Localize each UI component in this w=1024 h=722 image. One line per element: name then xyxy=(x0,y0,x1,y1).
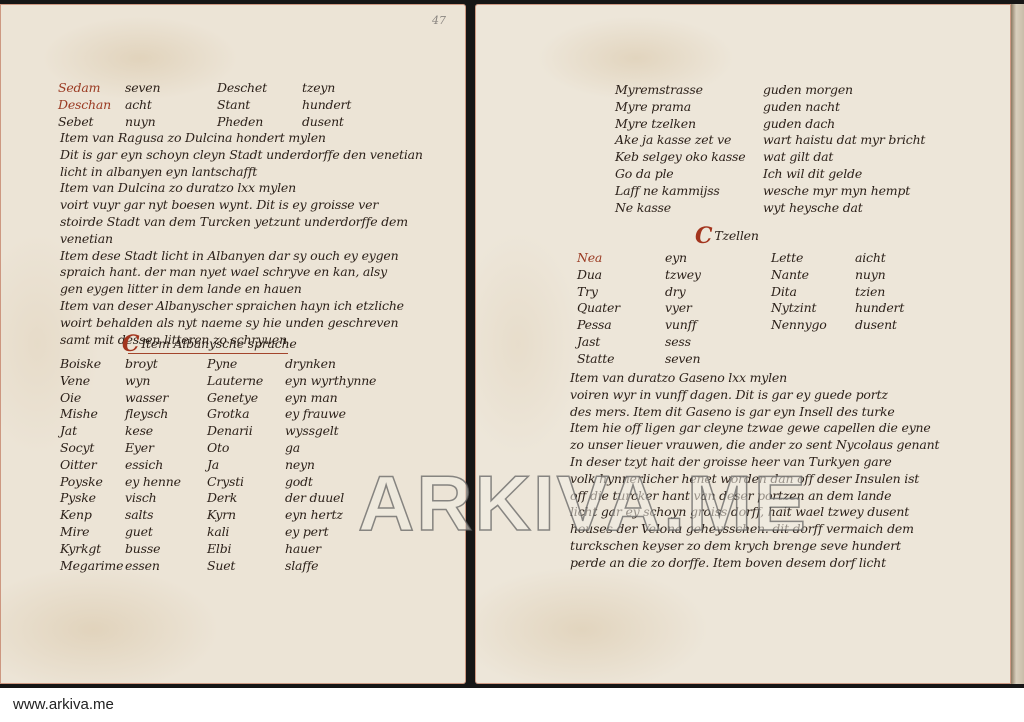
vocab-word: tzeyn xyxy=(302,80,335,95)
vocab-word: wyn xyxy=(125,373,181,390)
vocab-word: fleysch xyxy=(125,406,181,423)
albanian-col-1: Boiske Vene Oie Mishe Jat Socyt Oitter P… xyxy=(60,356,123,574)
phrase: guden morgen xyxy=(763,82,925,99)
page-edge xyxy=(1011,4,1024,684)
text-line: gen eygen litter in dem lande en hauen xyxy=(60,281,423,298)
number-word: aicht xyxy=(855,250,904,267)
footer-url[interactable]: www.arkiva.me xyxy=(13,696,114,713)
text-line: Dit is gar eyn schoyn cleyn Stadt underd… xyxy=(60,147,423,164)
text-line: Item hie off ligen gar cleyne tzwae gewe… xyxy=(570,420,939,437)
paragraph-ragusa: Item van Ragusa zo Dulcina hondert mylen… xyxy=(60,130,423,348)
text-line: spraich hant. der man nyet wael schryve … xyxy=(60,264,423,281)
numbers-col-4: aicht nuyn tzien hundert dusent xyxy=(855,250,904,334)
vocab-word: ey henne xyxy=(125,474,181,491)
number-word: tzwey xyxy=(665,267,701,284)
phrase: wart haistu dat myr bricht xyxy=(763,132,925,149)
vocab-word: Grotka xyxy=(207,406,263,423)
vocab-word: Ja xyxy=(207,457,263,474)
phrases-albanian: Myremstrasse Myre prama Myre tzelken Ake… xyxy=(615,82,745,216)
number-word: Nennygo xyxy=(771,317,827,334)
vocab-word: Pheden xyxy=(217,114,263,129)
text-line: zo unser lieuer vrauwen, die ander zo se… xyxy=(570,437,939,454)
left-page: 47 Sedam Deschan Sebet seven acht nuyn D… xyxy=(0,4,466,684)
number-word: Nytzint xyxy=(771,300,827,317)
number-word: sess xyxy=(665,334,701,351)
phrase: Ich wil dit gelde xyxy=(763,166,925,183)
phrase: wat gilt dat xyxy=(763,149,925,166)
phrases-german: guden morgen guden nacht guden dach wart… xyxy=(763,82,925,216)
number-word: seven xyxy=(665,351,701,368)
phrase: guden nacht xyxy=(763,99,925,116)
phrase: guden dach xyxy=(763,116,925,133)
text-line: woirt behalden als nyt naeme sy hie unde… xyxy=(60,315,423,332)
number-word: Dita xyxy=(771,284,827,301)
vocab-word: Vene xyxy=(60,373,123,390)
vocab-word: Kenp xyxy=(60,507,123,524)
number-word: Jast xyxy=(577,334,620,351)
vocab-word: ga xyxy=(285,440,376,457)
vocab-word: salts xyxy=(125,507,181,524)
text-line: Item van deser Albanyscher spraichen hay… xyxy=(60,298,423,315)
albanian-col-2: broyt wyn wasser fleysch kese Eyer essic… xyxy=(125,356,181,574)
vocab-word: Jat xyxy=(60,423,123,440)
vocab-word: Sedam xyxy=(58,80,100,95)
vocab-word: Pyske xyxy=(60,490,123,507)
vocab-word: Oto xyxy=(207,440,263,457)
vocab-word: Mishe xyxy=(60,406,123,423)
number-word: vunff xyxy=(665,317,701,334)
text-line: Item van Dulcina zo duratzo lxx mylen xyxy=(60,180,423,197)
vocab-word: Deschet xyxy=(217,80,267,95)
phrase: Ake ja kasse zet ve xyxy=(615,132,745,149)
number-word: vyer xyxy=(665,300,701,317)
number-word: Try xyxy=(577,284,620,301)
vocab-word: Megarime xyxy=(60,558,123,575)
vocab-word: Pyne xyxy=(207,356,263,373)
vocab-word: Kyrkgt xyxy=(60,541,123,558)
vocab-word: Socyt xyxy=(60,440,123,457)
text-line: voiren wyr in vunff dagen. Dit is gar ey… xyxy=(570,387,939,404)
number-word: Statte xyxy=(577,351,620,368)
vocab-word: Genetye xyxy=(207,390,263,407)
vocab-word: Derk xyxy=(207,490,263,507)
vocab-word: wyssgelt xyxy=(285,423,376,440)
phrase: Myremstrasse xyxy=(615,82,745,99)
number-word: Dua xyxy=(577,267,620,284)
vocab-word: Denarii xyxy=(207,423,263,440)
vocab-word: slaffe xyxy=(285,558,376,575)
right-page: Myremstrasse Myre prama Myre tzelken Ake… xyxy=(475,4,1011,684)
phrase: Go da ple xyxy=(615,166,745,183)
number-word: dusent xyxy=(855,317,904,334)
section-heading-albanian: CItem Albanysche sprache xyxy=(122,336,297,353)
vocab-word: ey frauwe xyxy=(285,406,376,423)
vocab-word: Kyrn xyxy=(207,507,263,524)
vocab-word: wasser xyxy=(125,390,181,407)
vocab-word: seven xyxy=(125,80,160,95)
vocab-word: guet xyxy=(125,524,181,541)
vocab-word: broyt xyxy=(125,356,181,373)
vocab-word: essen xyxy=(125,558,181,575)
phrase: Myre tzelken xyxy=(615,116,745,133)
vocab-word: dusent xyxy=(302,114,344,129)
phrase: Keb selgey oko kasse xyxy=(615,149,745,166)
vocab-word: Oie xyxy=(60,390,123,407)
phrase: wyt heysche dat xyxy=(763,200,925,217)
vocab-top-col-2: seven acht nuyn xyxy=(125,80,160,130)
number-word: Pessa xyxy=(577,317,620,334)
vocab-word: essich xyxy=(125,457,181,474)
vocab-word: visch xyxy=(125,490,181,507)
rubric-initial: C xyxy=(695,223,712,249)
manuscript-scan: 47 Sedam Deschan Sebet seven acht nuyn D… xyxy=(0,0,1024,688)
vocab-word: Stant xyxy=(217,97,250,112)
vocab-word: eyn man xyxy=(285,390,376,407)
number-word: Lette xyxy=(771,250,827,267)
number-word: Nea xyxy=(577,250,620,267)
vocab-word: Boiske xyxy=(60,356,123,373)
vocab-top-col-4: tzeyn hundert dusent xyxy=(302,80,351,130)
phrase: Myre prama xyxy=(615,99,745,116)
phrase: Ne kasse xyxy=(615,200,745,217)
number-word: Quater xyxy=(577,300,620,317)
vocab-word: Poyske xyxy=(60,474,123,491)
albanian-col-3: Pyne Lauterne Genetye Grotka Denarii Oto… xyxy=(207,356,263,574)
vocab-word: kali xyxy=(207,524,263,541)
vocab-word: Mire xyxy=(60,524,123,541)
number-word: nuyn xyxy=(855,267,904,284)
vocab-top-col-1: Sedam Deschan Sebet xyxy=(58,80,111,130)
phrase: wesche myr myn hempt xyxy=(763,183,925,200)
vocab-word: Sebet xyxy=(58,114,93,129)
numbers-col-1: Nea Dua Try Quater Pessa Jast Statte xyxy=(577,250,620,368)
vocab-word: Suet xyxy=(207,558,263,575)
numbers-col-3: Lette Nante Dita Nytzint Nennygo xyxy=(771,250,827,334)
vocab-word: drynken xyxy=(285,356,376,373)
phrase: Laff ne kammijss xyxy=(615,183,745,200)
vocab-word: Elbi xyxy=(207,541,263,558)
text-line: Item van duratzo Gaseno lxx mylen xyxy=(570,370,939,387)
vocab-word: Deschan xyxy=(58,97,111,112)
vocab-word: Eyer xyxy=(125,440,181,457)
text-line: stoirde Stadt van dem Turcken yetzunt un… xyxy=(60,214,423,231)
folio-number: 47 xyxy=(432,14,446,27)
vocab-word: Crysti xyxy=(207,474,263,491)
vocab-word: Oitter xyxy=(60,457,123,474)
text-line: perde an die zo dorffe. Item boven desem… xyxy=(570,555,939,572)
text-line: Item van Ragusa zo Dulcina hondert mylen xyxy=(60,130,423,147)
number-word: hundert xyxy=(855,300,904,317)
vocab-top-col-3: Deschet Stant Pheden xyxy=(217,80,267,130)
numbers-heading: CTzellen xyxy=(695,228,759,245)
vocab-word: eyn wyrthynne xyxy=(285,373,376,390)
vocab-word: acht xyxy=(125,97,152,112)
number-word: eyn xyxy=(665,250,701,267)
vocab-word: nuyn xyxy=(125,114,155,129)
vocab-word: Lauterne xyxy=(207,373,263,390)
number-word: dry xyxy=(665,284,701,301)
text-line: venetian xyxy=(60,231,423,248)
text-line: voirt vuyr gar nyt boesen wynt. Dit is e… xyxy=(60,197,423,214)
heading-underline xyxy=(128,353,288,354)
numbers-col-2: eyn tzwey dry vyer vunff sess seven xyxy=(665,250,701,368)
text-line: licht in albanyen eyn lantschafft xyxy=(60,164,423,181)
vocab-word: hundert xyxy=(302,97,351,112)
number-word: tzien xyxy=(855,284,904,301)
watermark: ARKIVA.ME xyxy=(358,458,808,549)
vocab-word: kese xyxy=(125,423,181,440)
text-line: des mers. Item dit Gaseno is gar eyn Ins… xyxy=(570,404,939,421)
vocab-word: busse xyxy=(125,541,181,558)
number-word: Nante xyxy=(771,267,827,284)
text-line: Item dese Stadt licht in Albanyen dar sy… xyxy=(60,248,423,265)
